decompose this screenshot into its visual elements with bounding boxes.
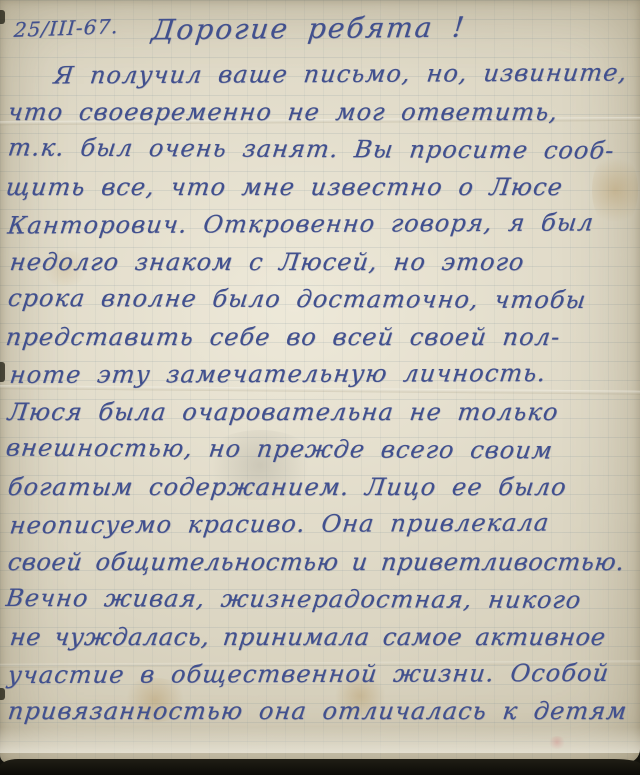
- edge-tear-mark: [0, 362, 5, 382]
- handwritten-line: ноте эту замечательную личность.: [8, 359, 548, 389]
- letter-date: 25/III-67.: [13, 14, 119, 42]
- handwritten-line: Канторович. Откровенно говоря, я был: [6, 208, 596, 239]
- handwritten-line: неописуемо красиво. Она привлекала: [8, 509, 551, 540]
- edge-tear-mark: [0, 10, 5, 24]
- handwritten-line: Люся была очаровательна не только: [6, 398, 560, 426]
- handwritten-line: Вечно живая, жизнерадостная, никого: [4, 584, 583, 614]
- handwritten-line: внешностью, но прежде всего своим: [4, 434, 554, 465]
- scan-glare: [0, 727, 640, 753]
- handwritten-line: своей общительностью и приветливостью.: [6, 548, 626, 576]
- paper-sheet: 25/III-67. Дорогие ребята ! Я получил ва…: [0, 0, 640, 763]
- handwritten-line: срока вполне было достаточно, чтобы: [6, 284, 588, 314]
- handwritten-line: богатым содержанием. Лицо ее было: [6, 473, 568, 501]
- handwritten-line: щить все, что мне известно о Люсе: [4, 173, 565, 201]
- scanner-background-edge: [0, 759, 640, 775]
- handwritten-line: Я получил ваше письмо, но, извините,: [52, 58, 629, 89]
- handwritten-line: привязанностью она отличалась к детям: [6, 697, 629, 725]
- letter-salutation: Дорогие ребята !: [150, 11, 468, 47]
- handwritten-line: т.к. был очень занят. Вы просите сооб-: [6, 133, 616, 164]
- handwritten-line: не чуждалась, принимала самое активное: [8, 623, 607, 651]
- handwritten-line: что своевременно не мог ответить,: [6, 98, 560, 126]
- paper-stain: [548, 736, 566, 749]
- handwritten-line: недолго знаком с Люсей, но этого: [8, 248, 526, 276]
- edge-tear-mark: [0, 688, 5, 700]
- handwritten-line: участие в общественной жизни. Особой: [6, 659, 611, 689]
- handwritten-line: представить себе во всей своей пол-: [4, 323, 562, 351]
- scanned-letter-page: 25/III-67. Дорогие ребята ! Я получил ва…: [0, 0, 640, 775]
